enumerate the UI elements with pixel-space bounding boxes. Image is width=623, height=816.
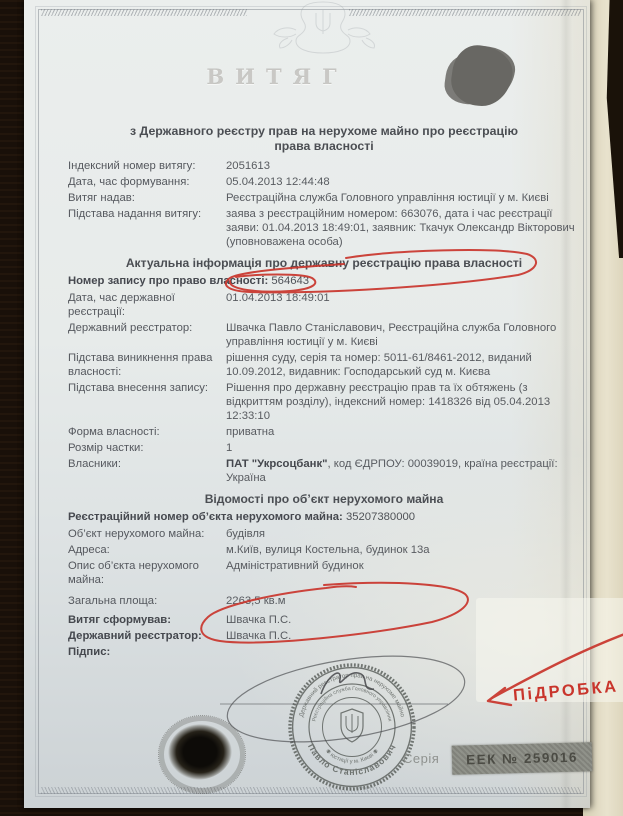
field-value-text: 01.04.2013 18:49:01 bbox=[226, 292, 330, 304]
field-label: Розмір частки: bbox=[68, 441, 226, 455]
field-label: Державний реєстратор: bbox=[68, 321, 226, 349]
field-value: рішення суду, серія та номер: 5011-61/84… bbox=[226, 351, 578, 379]
field-label: Підстава надання витягу: bbox=[68, 207, 226, 249]
field-label: Дата, час державної реєстрації: bbox=[68, 291, 226, 319]
field-label: Загальна площа: bbox=[68, 594, 226, 608]
document-page: ВИТЯГ з Державного реєстру прав на нерух… bbox=[24, 0, 590, 808]
field-value-text: Швачка Павло Станіславович, Реєстраційна… bbox=[226, 322, 556, 348]
document-body: з Державного реєстру прав на нерухоме ма… bbox=[68, 124, 580, 661]
field-value: приватна bbox=[226, 425, 578, 439]
field-value: Реєстраційна служба Головного управління… bbox=[226, 191, 578, 205]
field-value-text: 05.04.2013 12:44:48 bbox=[226, 176, 330, 188]
field-value-text: будівля bbox=[226, 528, 265, 540]
document-title-line1: з Державного реєстру прав на нерухоме ма… bbox=[68, 124, 580, 139]
field-row: Підстава надання витягу: заява з реєстра… bbox=[68, 207, 580, 249]
field-value: ПАТ "Укрсоцбанк", код ЄДРПОУ: 00039019, … bbox=[226, 457, 578, 485]
field-value-text: приватна bbox=[226, 426, 274, 438]
field-label: Форма власності: bbox=[68, 425, 226, 439]
field-value-bold: ПАТ "Укрсоцбанк" bbox=[226, 458, 327, 470]
record-number-line: Номер запису про право власності: 564643 bbox=[68, 274, 580, 288]
field-row: Власники: ПАТ "Укрсоцбанк", код ЄДРПОУ: … bbox=[68, 457, 580, 485]
field-value-text: заява з реєстраційним номером: 663076, д… bbox=[226, 208, 575, 248]
field-value: 1 bbox=[226, 441, 578, 455]
field-value: Швачка Павло Станіславович, Реєстраційна… bbox=[226, 321, 578, 349]
field-row: Розмір частки: 1 bbox=[68, 441, 580, 455]
field-value: Рішення про державну реєстрацію прав та … bbox=[226, 381, 578, 423]
field-label: Адреса: bbox=[68, 543, 226, 557]
field-label: Витяг сформував: bbox=[68, 613, 226, 627]
field-value-text: Швачка П.С. bbox=[226, 630, 291, 642]
extract-info-fields: Індексний номер витягу: 2051613 Дата, ча… bbox=[68, 159, 580, 249]
field-row: Об’єкт нерухомого майна: будівля bbox=[68, 527, 580, 541]
field-value-text: Швачка П.С. bbox=[226, 614, 291, 626]
field-value: заява з реєстраційним номером: 663076, д… bbox=[226, 207, 578, 249]
photo-of-document: { "header": { "watermark": "ВИТЯГ", "tit… bbox=[0, 0, 623, 816]
field-row: Підстава внесення запису: Рішення про де… bbox=[68, 381, 580, 423]
field-label: Індексний номер витягу: bbox=[68, 159, 226, 173]
field-value: Адміністративний будинок bbox=[226, 559, 578, 587]
field-value: будівля bbox=[226, 527, 578, 541]
property-section-title: Відомості про об’єкт нерухомого майна bbox=[68, 492, 580, 506]
field-row: Дата, час державної реєстрації: 01.04.20… bbox=[68, 291, 580, 319]
field-label: Об’єкт нерухомого майна: bbox=[68, 527, 226, 541]
field-value-text: 2051613 bbox=[226, 160, 270, 172]
field-row: Підстава виникнення права власності: ріш… bbox=[68, 351, 580, 379]
field-label: Підпис: bbox=[68, 645, 226, 659]
record-number-label: Номер запису про право власності: bbox=[68, 275, 268, 287]
record-number-value: 564643 bbox=[271, 275, 309, 287]
field-label: Витяг надав: bbox=[68, 191, 226, 205]
document-title: з Державного реєстру прав на нерухоме ма… bbox=[68, 124, 580, 154]
ownership-section-title: Актуальна інформація про державну реєстр… bbox=[68, 256, 580, 270]
field-label: Власники: bbox=[68, 457, 226, 485]
field-row: Дата, час формування: 05.04.2013 12:44:4… bbox=[68, 175, 580, 189]
field-value-text: 2263,5 кв.м bbox=[226, 595, 286, 607]
field-row: Опис об’єкта нерухомого майна: Адміністр… bbox=[68, 559, 580, 587]
field-row: Форма власності: приватна bbox=[68, 425, 580, 439]
dark-seal-blot bbox=[158, 715, 246, 794]
document-title-line2: права власності bbox=[68, 139, 580, 154]
property-reg-number-label: Реєстраційний номер об’єкта нерухомого м… bbox=[68, 511, 343, 523]
field-label: Дата, час формування: bbox=[68, 175, 226, 189]
field-label: Державний реєстратор: bbox=[68, 629, 226, 643]
border-ornament-left bbox=[41, 9, 247, 16]
field-value: 05.04.2013 12:44:48 bbox=[226, 175, 578, 189]
field-label: Підстава виникнення права власності: bbox=[68, 351, 226, 379]
field-row: Витяг надав: Реєстраційна служба Головно… bbox=[68, 191, 580, 205]
field-value-text: Адміністративний будинок bbox=[226, 560, 364, 572]
field-value-text: Реєстраційна служба Головного управління… bbox=[226, 192, 549, 204]
field-value-text: Рішення про державну реєстрацію прав та … bbox=[226, 382, 550, 422]
crest-emblem bbox=[258, 0, 388, 60]
field-value: м.Київ, вулиця Костельна, будинок 13а bbox=[226, 543, 578, 557]
field-value-text: 1 bbox=[226, 442, 232, 454]
property-fields: Об’єкт нерухомого майна: будівля Адреса:… bbox=[68, 527, 580, 608]
ownership-fields: Дата, час державної реєстрації: 01.04.20… bbox=[68, 291, 580, 485]
serial-label: Серія bbox=[403, 751, 439, 766]
border-ornament-bottom bbox=[41, 787, 581, 794]
field-row: Адреса: м.Київ, вулиця Костельна, будино… bbox=[68, 543, 580, 557]
property-reg-number-line: Реєстраційний номер об’єкта нерухомого м… bbox=[68, 510, 580, 524]
field-value: 01.04.2013 18:49:01 bbox=[226, 291, 578, 319]
field-value-text: м.Київ, вулиця Костельна, будинок 13а bbox=[226, 544, 430, 556]
field-row: Індексний номер витягу: 2051613 bbox=[68, 159, 580, 173]
serial-number: ЕЕК № 259016 bbox=[452, 742, 593, 774]
field-label: Опис об’єкта нерухомого майна: bbox=[68, 559, 226, 587]
field-label: Підстава внесення запису: bbox=[68, 381, 226, 423]
field-value: 2051613 bbox=[226, 159, 578, 173]
field-value-text: рішення суду, серія та номер: 5011-61/84… bbox=[226, 352, 532, 378]
field-row: Державний реєстратор: Швачка Павло Стані… bbox=[68, 321, 580, 349]
property-reg-number-value: 35207380000 bbox=[346, 511, 415, 523]
